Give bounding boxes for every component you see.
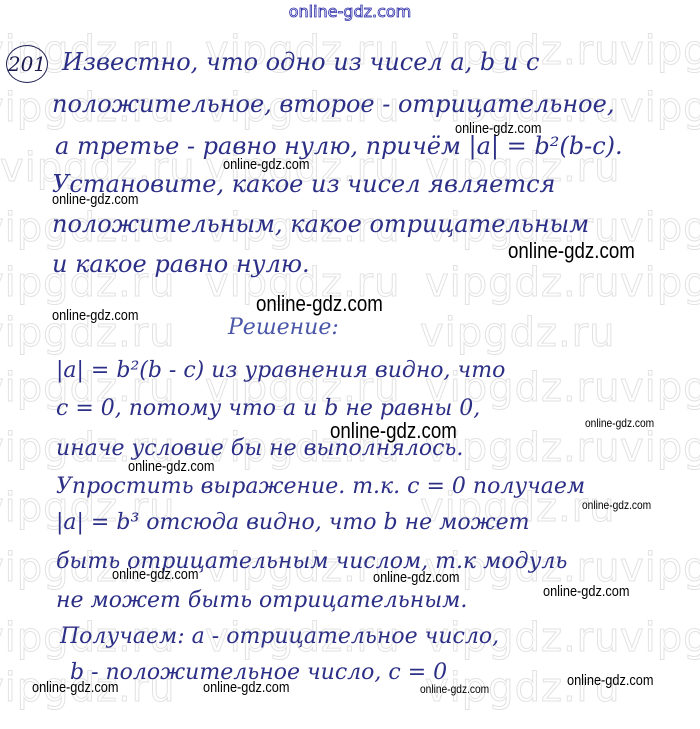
overlay-watermark: online-gdz.com xyxy=(585,416,654,430)
solution-line: |a| = b³ отсюда видно, что b не может xyxy=(56,510,529,535)
background-watermark: vipgdz.ru xyxy=(620,28,700,74)
overlay-watermark: online-gdz.com xyxy=(420,682,489,696)
overlay-watermark: online-gdz.com xyxy=(508,238,635,264)
background-watermark: vipgdz.ru xyxy=(420,310,615,356)
solution-line: не может быть отрицательным. xyxy=(56,588,467,613)
background-watermark: vipgdz.ru xyxy=(620,545,700,591)
solution-line: |a| = b²(b - c) из уравнения видно, что xyxy=(56,358,505,383)
solution-line: Упростить выражение. т.к. c = 0 получаем xyxy=(56,474,585,499)
overlay-watermark: online-gdz.com xyxy=(567,672,653,689)
overlay-watermark: online-gdz.com xyxy=(223,156,309,173)
problem-line: Известно, что одно из чисел a, b и c xyxy=(62,48,539,76)
overlay-watermark: online-gdz.com xyxy=(32,679,118,696)
background-watermark: vipgdz.ru xyxy=(425,260,620,306)
overlay-watermark: online-gdz.com xyxy=(52,191,138,208)
background-watermark: vipgdz.ru xyxy=(620,365,700,411)
overlay-watermark: online-gdz.com xyxy=(52,307,138,324)
background-watermark: vipgdz.ru xyxy=(620,85,700,131)
top-watermark: online-gdz.com xyxy=(0,2,700,21)
background-watermark: vipgdz.ru xyxy=(620,260,700,306)
overlay-watermark: online-gdz.com xyxy=(256,291,383,317)
problem-line: и какое равно нулю. xyxy=(52,250,310,278)
problem-number: 201 xyxy=(6,45,48,83)
problem-line: положительное, второе - отрицательное, xyxy=(52,90,614,118)
overlay-watermark: online-gdz.com xyxy=(373,569,459,586)
overlay-watermark: online-gdz.com xyxy=(203,679,289,696)
background-watermark: vipgdz.ru xyxy=(620,615,700,661)
solution-heading: Решение: xyxy=(228,315,339,340)
overlay-watermark: online-gdz.com xyxy=(543,583,629,600)
overlay-watermark: online-gdz.com xyxy=(582,498,651,512)
background-watermark: vipgdz.ru xyxy=(620,425,700,471)
overlay-watermark: online-gdz.com xyxy=(112,566,198,583)
problem-line: положительным, какое отрицательным xyxy=(52,210,589,238)
solution-line: Получаем: a - отрицательное число, xyxy=(60,624,499,649)
homework-page: vipgdz.ru vipgdz.ru vipgdz.ru vipgdz.ru … xyxy=(0,0,700,729)
overlay-watermark: online-gdz.com xyxy=(330,418,457,444)
overlay-watermark: online-gdz.com xyxy=(455,120,541,137)
overlay-watermark: online-gdz.com xyxy=(128,458,214,475)
